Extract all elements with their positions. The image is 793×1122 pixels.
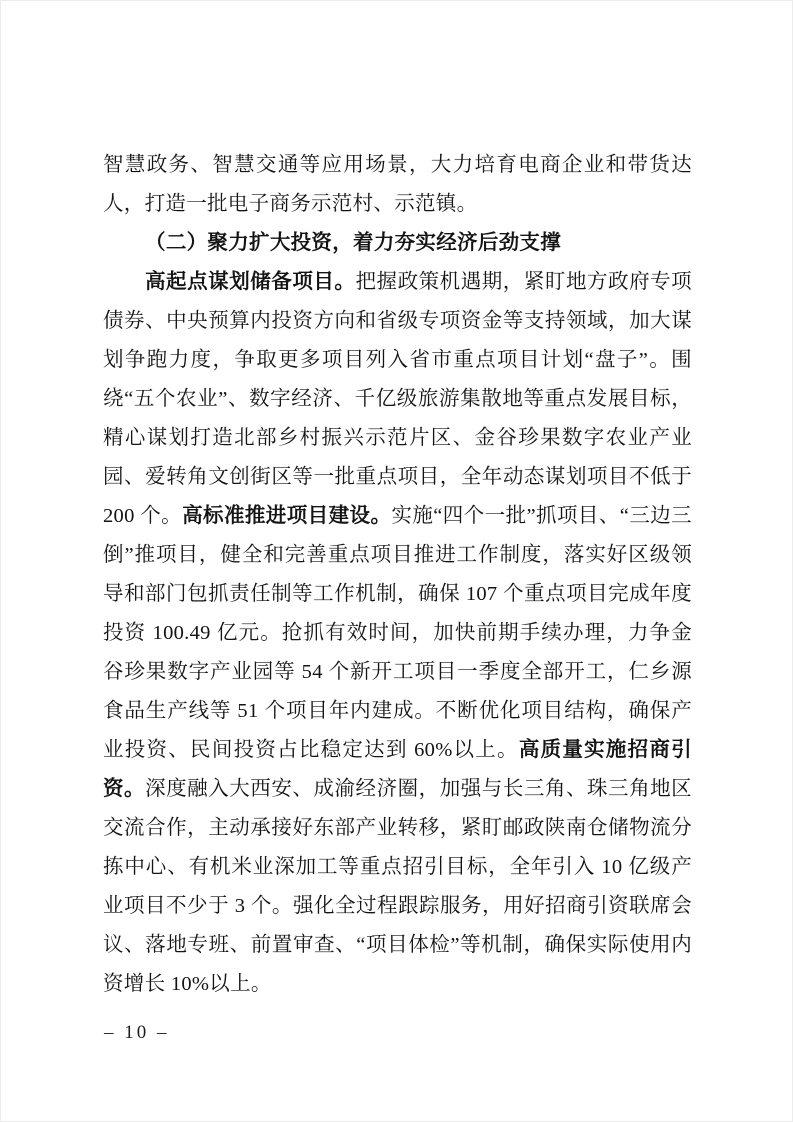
text-run: 把握政策机遇期，紧盯地方政府专项债券、中央预算内投资方向和省级专项资金等支持领域… [103, 271, 692, 527]
paragraph-main: 高起点谋划储备项目。把握政策机遇期，紧盯地方政府专项债券、中央预算内投资方向和省… [103, 263, 692, 1004]
text-run: 深度融入大西安、成渝经济圈，加强与长三角、珠三角地区交流合作，主动承接好东部产业… [103, 778, 692, 995]
page-content: 智慧政务、智慧交通等应用场景，大力培育电商企业和带货达人，打造一批电子商务示范村… [103, 146, 692, 1004]
run-in-heading: 高起点谋划储备项目。 [145, 271, 355, 293]
page-number: – 10 – [104, 1022, 170, 1044]
text-run: 实施“四个一批”抓项目、“三边三倒”推项目，健全和完善重点项目推进工作制度，落实… [103, 505, 692, 761]
run-in-heading: 高标准推进项目建设。 [182, 505, 391, 527]
paragraph-continuation: 智慧政务、智慧交通等应用场景，大力培育电商企业和带货达人，打造一批电子商务示范村… [103, 146, 692, 224]
section-heading: （二）聚力扩大投资，着力夯实经济后劲支撑 [103, 224, 692, 263]
document-page: 智慧政务、智慧交通等应用场景，大力培育电商企业和带货达人，打造一批电子商务示范村… [0, 0, 793, 1122]
